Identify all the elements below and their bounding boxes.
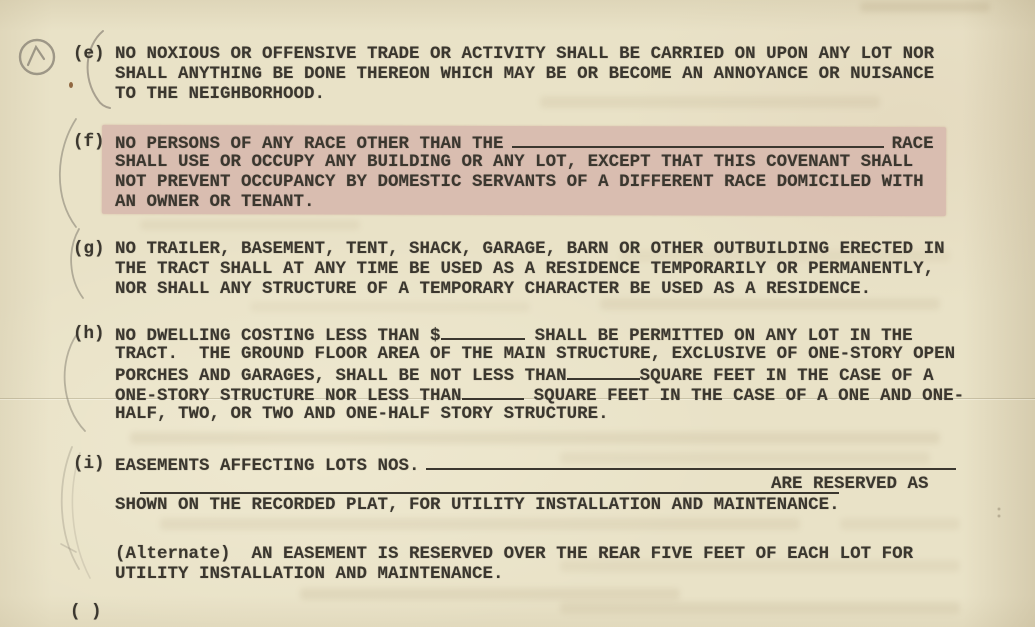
clause-text-line: NO PERSONS OF ANY RACE OTHER THAN THERAC… — [115, 132, 1035, 152]
clause-text-line: PORCHES AND GARAGES, SHALL BE NOT LESS T… — [115, 364, 1035, 384]
clause-text-segment: SQUARE FEET IN THE CASE OF A ONE AND ONE… — [534, 386, 965, 406]
clause-text-line: NO DWELLING COSTING LESS THAN $SHALL BE … — [115, 324, 1035, 344]
clause-e: (e) NO NOXIOUS OR OFFENSIVE TRADE OR ACT… — [0, 44, 1035, 104]
fill-in-blank-lots-continued — [140, 474, 839, 494]
clause-text-line: THE TRACT SHALL AT ANY TIME BE USED AS A… — [115, 259, 1035, 279]
clause-text-segment: EASEMENTS AFFECTING LOTS NOS. — [115, 456, 420, 476]
clause-text-line: NOT PREVENT OCCUPANCY BY DOMESTIC SERVAN… — [115, 172, 1035, 192]
clause-text-line: ARE RESERVED AS — [115, 474, 1035, 495]
clause-label: (e) — [73, 44, 105, 64]
clause-label: (i) — [73, 454, 105, 474]
fill-in-blank-sqft-1 — [567, 364, 640, 380]
bleed-through-texture — [140, 220, 360, 230]
clause-text-line: SHALL ANYTHING BE DONE THEREON WHICH MAY… — [115, 64, 1035, 84]
clause-text-line: NOR SHALL ANY STRUCTURE OF A TEMPORARY C… — [115, 279, 1035, 299]
clause-text-line: ONE-STORY STRUCTURE NOR LESS THANSQUARE … — [115, 384, 1035, 404]
clause-text-line: AN OWNER OR TENANT. — [115, 192, 1035, 212]
clause-text-line: TO THE NEIGHBORHOOD. — [115, 84, 1035, 104]
clause-label: (f) — [73, 132, 105, 152]
clause-label: (h) — [73, 324, 105, 344]
clause-g: (g) NO TRAILER, BASEMENT, TENT, SHACK, G… — [0, 239, 1035, 299]
scanned-document-page: (e) NO NOXIOUS OR OFFENSIVE TRADE OR ACT… — [0, 0, 1035, 627]
bleed-through-texture — [600, 298, 940, 310]
fill-in-blank-race — [512, 132, 884, 148]
bleed-through-texture — [860, 2, 990, 12]
clause-i: (i) EASEMENTS AFFECTING LOTS NOS. ARE RE… — [0, 454, 1035, 515]
clause-text-segment: RACE — [892, 134, 934, 154]
clause-text-line: NO NOXIOUS OR OFFENSIVE TRADE OR ACTIVIT… — [115, 44, 1035, 64]
clause-text-line: NO TRAILER, BASEMENT, TENT, SHACK, GARAG… — [115, 239, 1035, 259]
clause-h: (h) NO DWELLING COSTING LESS THAN $SHALL… — [0, 324, 1035, 424]
bleed-through-texture — [160, 518, 800, 530]
clause-text-line: (Alternate) AN EASEMENT IS RESERVED OVER… — [115, 544, 1035, 564]
clause-text-line: UTILITY INSTALLATION AND MAINTENANCE. — [115, 564, 1035, 584]
bleed-through-texture — [840, 518, 960, 530]
clause-text-segment: NO PERSONS OF ANY RACE OTHER THAN THE — [115, 134, 504, 154]
clause-text-segment: SQUARE FEET IN THE CASE OF A — [640, 366, 934, 386]
clause-label: (g) — [73, 239, 105, 259]
clause-text-segment: SHALL BE PERMITTED ON ANY LOT IN THE — [535, 326, 913, 346]
fill-in-blank-lots — [426, 454, 956, 470]
clause-alternate: (Alternate) AN EASEMENT IS RESERVED OVER… — [0, 544, 1035, 584]
bleed-through-texture — [250, 302, 530, 312]
empty-clause-marker: ( ) — [70, 602, 102, 622]
clause-text-line: SHOWN ON THE RECORDED PLAT, FOR UTILITY … — [115, 495, 1035, 515]
clause-text-segment: NO DWELLING COSTING LESS THAN $ — [115, 326, 441, 346]
clause-text-line: TRACT. THE GROUND FLOOR AREA OF THE MAIN… — [115, 344, 1035, 364]
clause-text-line: HALF, TWO, OR TWO AND ONE-HALF STORY STR… — [115, 404, 1035, 424]
bleed-through-texture — [560, 602, 960, 614]
clause-text-segment: ONE-STORY STRUCTURE NOR LESS THAN — [115, 386, 462, 406]
clause-text-line: EASEMENTS AFFECTING LOTS NOS. — [115, 454, 1035, 474]
clause-text-segment: ARE RESERVED AS — [771, 474, 929, 494]
fill-in-blank-sqft-2 — [462, 384, 524, 400]
bleed-through-texture — [130, 432, 940, 444]
fill-in-blank-cost — [441, 324, 525, 340]
clause-f: (f) NO PERSONS OF ANY RACE OTHER THAN TH… — [0, 132, 1035, 212]
clause-text-line: SHALL USE OR OCCUPY ANY BUILDING OR ANY … — [115, 152, 1035, 172]
bleed-through-texture — [300, 588, 680, 600]
clause-text-segment: PORCHES AND GARAGES, SHALL BE NOT LESS T… — [115, 366, 567, 386]
